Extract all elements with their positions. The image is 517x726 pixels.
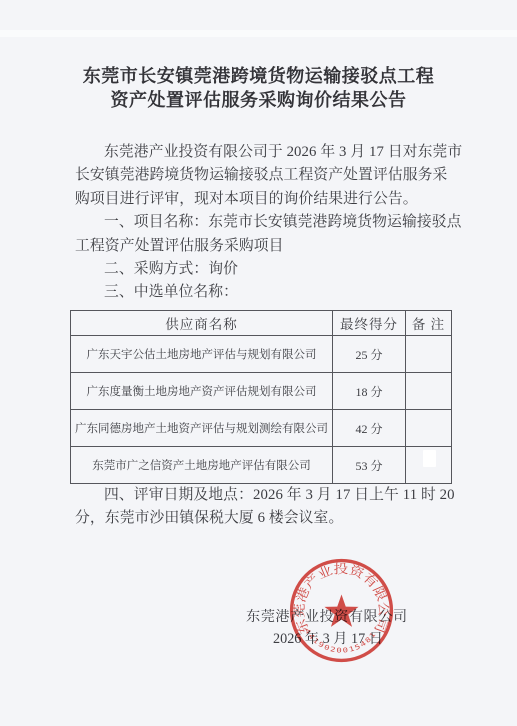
supplier-name-cell: 广东度量衡土地房地产资产评估规划有限公司 — [71, 373, 333, 410]
item3-selected-units-label: 三、中选单位名称： — [75, 281, 455, 304]
document-title-line2: 资产处置评估服务采购询价结果公告 — [0, 88, 517, 112]
scan-artifact-patch — [423, 450, 436, 467]
review-date-section: 四、评审日期及地点：2026 年 3 月 17 日上午 11 时 20 分，东莞… — [75, 484, 455, 531]
paragraph1-line: 东莞港产业投资有限公司于 2026 年 3 月 17 日对东莞市 — [75, 141, 455, 164]
table-header-row: 供应商名称 最终得分 备 注 — [71, 311, 452, 336]
remark-cell — [406, 410, 452, 447]
stamp-star-icon — [324, 594, 358, 626]
document-title-line1: 东莞市长安镇莞港跨境货物运输接驳点工程 — [0, 64, 517, 88]
item4-review-date-line: 分，东莞市沙田镇保税大厦 6 楼会议室。 — [75, 507, 455, 530]
suppliers-score-table: 供应商名称 最终得分 备 注 广东天宇公估土地房地产评估与规划有限公司 25 分… — [70, 310, 452, 484]
table-row: 广东天宇公估土地房地产评估与规划有限公司 25 分 — [71, 336, 452, 373]
header-supplier-name: 供应商名称 — [71, 311, 333, 336]
remark-cell — [406, 336, 452, 373]
company-seal-stamp: 东莞港产业投资有限公司 4419020015481 — [285, 554, 398, 667]
item1-project-name-line: 一、项目名称：东莞市长安镇莞港跨境货物运输接驳点 — [75, 211, 455, 234]
paragraph1-line: 购项目进行评审，现对本项目的询价结果进行公告。 — [75, 188, 455, 211]
paragraph1-line: 长安镇莞港跨境货物运输接驳点工程资产处置评估服务采 — [75, 164, 455, 187]
item1-project-name-line: 工程资产处置评估服务采购项目 — [75, 235, 455, 258]
remark-cell — [406, 373, 452, 410]
item2-procurement-method: 二、采购方式：询价 — [75, 258, 455, 281]
score-cell: 42 分 — [333, 410, 406, 447]
document-title: 东莞市长安镇莞港跨境货物运输接驳点工程 资产处置评估服务采购询价结果公告 — [0, 64, 517, 112]
score-cell: 25 分 — [333, 336, 406, 373]
document-body: 东莞港产业投资有限公司于 2026 年 3 月 17 日对东莞市 长安镇莞港跨境… — [75, 141, 455, 305]
supplier-name-cell: 东莞市广之信资产土地房地产评估有限公司 — [71, 447, 333, 484]
scanned-document-page: 东莞市长安镇莞港跨境货物运输接驳点工程 资产处置评估服务采购询价结果公告 东莞港… — [0, 0, 517, 726]
score-cell: 53 分 — [333, 447, 406, 484]
table-row: 广东同德房地产土地资产评估与规划测绘有限公司 42 分 — [71, 410, 452, 447]
supplier-name-cell: 广东天宇公估土地房地产评估与规划有限公司 — [71, 336, 333, 373]
scan-artifact-band — [0, 30, 517, 37]
table-row: 广东度量衡土地房地产资产评估规划有限公司 18 分 — [71, 373, 452, 410]
header-remark: 备 注 — [406, 311, 452, 336]
table-row: 东莞市广之信资产土地房地产评估有限公司 53 分 — [71, 447, 452, 484]
item4-review-date-line: 四、评审日期及地点：2026 年 3 月 17 日上午 11 时 20 — [75, 484, 455, 507]
score-cell: 18 分 — [333, 373, 406, 410]
supplier-name-cell: 广东同德房地产土地资产评估与规划测绘有限公司 — [71, 410, 333, 447]
header-final-score: 最终得分 — [333, 311, 406, 336]
